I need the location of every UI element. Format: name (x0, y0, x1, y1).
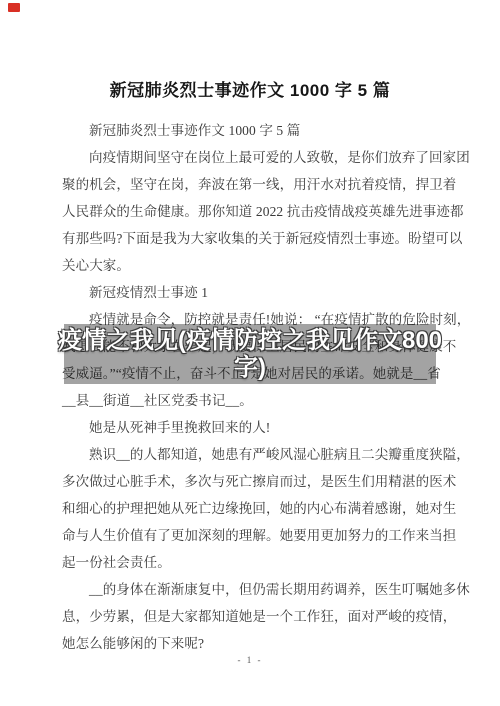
document-page: { "page": { "corner_mark_color": "#d9302… (0, 0, 500, 706)
body-line: __县__街道__社区党委书记__。 (62, 387, 440, 414)
body-line: 熟识__的人都知道，她患有严峻风湿心脏病且二尖瓣重度狭隘， (62, 441, 440, 468)
page-title: 新冠肺炎烈士事迹作文 1000 字 5 篇 (0, 76, 500, 101)
body-line: 她是从死神手里挽救回来的人! (62, 414, 440, 441)
page-number: - 1 - (0, 655, 500, 665)
corner-red-mark (8, 3, 20, 12)
body-line: 人民群众的生命健康。那你知道 2022 抗击疫情战疫英雄先进事迹都 (62, 198, 440, 225)
body-line: 息，少劳累，但是大家都知道她是一个工作狂，面对严峻的疫情， (62, 603, 440, 630)
body-line: 和细心的护理把她从死亡边缘挽回，她的内心布满着感谢，她对生 (62, 495, 440, 522)
body-line: 她怎么能够闲的下来呢? (62, 630, 440, 657)
body-line: 多次做过心脏手术，多次与死亡擦肩而过，是医生们用精湛的医术 (62, 468, 440, 495)
overlay-title-line-1: 疫情之我见(疫情防控之我见作文800 (58, 327, 442, 354)
body-line: 命与人生价值有了更加深刻的理解。她要用更加努力的工作来当担 (62, 522, 440, 549)
watermark-overlay-banner: 疫情之我见(疫情防控之我见作文800 字) (64, 324, 436, 384)
document-body: 新冠肺炎烈士事迹作文 1000 字 5 篇 向疫情期间坚守在岗位上最可爱的人致敬… (62, 117, 440, 657)
body-line: 起一份社会责任。 (62, 549, 440, 576)
body-line: 新冠肺炎烈士事迹作文 1000 字 5 篇 (62, 117, 440, 144)
body-line: 聚的机会，坚守在岗，奔波在第一线，用汗水对抗着疫情，捍卫着 (62, 171, 440, 198)
body-line: 有那些吗?下面是我为大家收集的关于新冠疫情烈士事迹。盼望可以 (62, 225, 440, 252)
body-line: 关心大家。 (62, 252, 440, 279)
body-line: __的身体在渐渐康复中，但仍需长期用药调养，医生叮嘱她多休 (62, 576, 440, 603)
overlay-title-line-2: 字) (234, 354, 266, 381)
body-line: 向疫情期间坚守在岗位上最可爱的人致敬，是你们放弃了回家团 (62, 144, 440, 171)
body-line: 新冠疫情烈士事迹 1 (62, 279, 440, 306)
